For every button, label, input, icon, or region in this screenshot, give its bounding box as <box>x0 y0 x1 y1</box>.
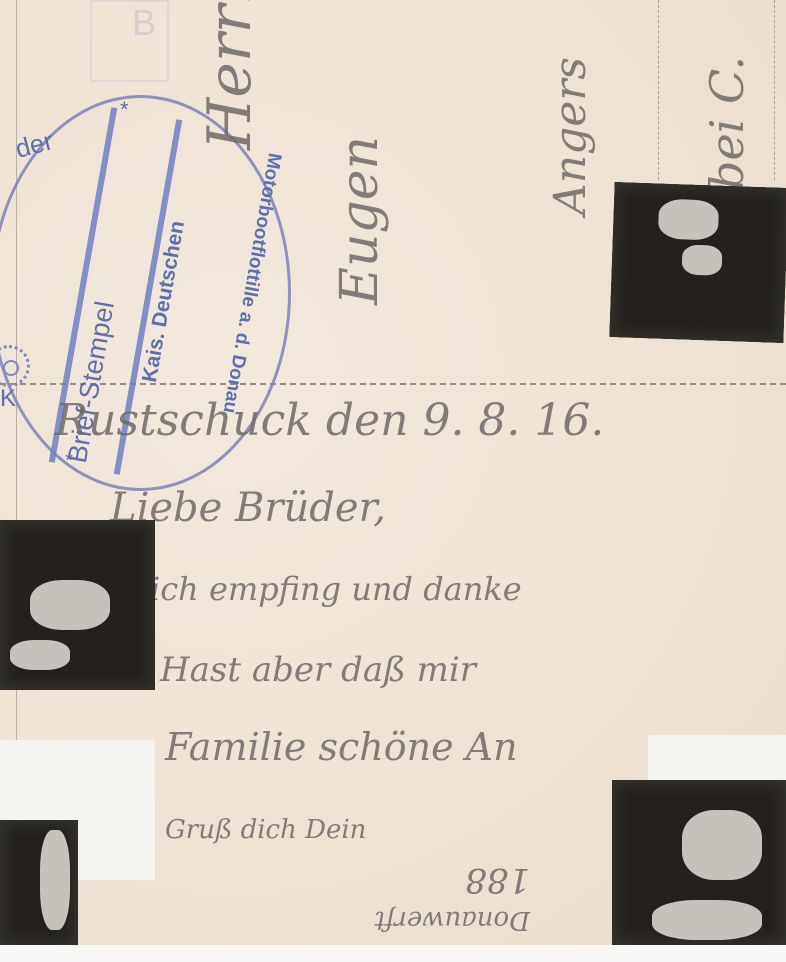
letter-line-4: Hast aber daß mir <box>160 650 476 690</box>
address-line-name: Eugen <box>330 136 390 305</box>
address-line-3: Angers <box>545 57 596 215</box>
postmark-fragment <box>0 520 155 690</box>
postmark-fragment <box>0 820 78 945</box>
scan-border <box>0 945 786 962</box>
stamp-left-fragment-2: K <box>0 385 16 413</box>
stamp-star: * <box>120 97 129 123</box>
address-line-4: bei C. <box>700 56 754 190</box>
letter-number: 188 <box>465 860 530 900</box>
address-guide-line <box>658 0 659 180</box>
letter-line-date: Rustschuck den 9. 8. 16. <box>55 395 604 446</box>
letter-line-3: ich empfing und danke <box>150 570 522 608</box>
address-guide-line <box>774 0 775 180</box>
stamp-star: * <box>65 450 73 473</box>
faint-stamp-letter: B <box>132 2 156 44</box>
letter-line-5: Familie schöne An <box>165 725 518 769</box>
faint-purple-stamp: B <box>90 0 169 82</box>
letter-inverted-line: Donauwerft <box>374 905 530 935</box>
postmark-fragment <box>612 780 786 945</box>
letter-line-6: Gruß dich Dein <box>165 815 366 845</box>
postmark-fragment <box>609 182 786 343</box>
address-line-herrn: Herrn <box>195 0 265 150</box>
